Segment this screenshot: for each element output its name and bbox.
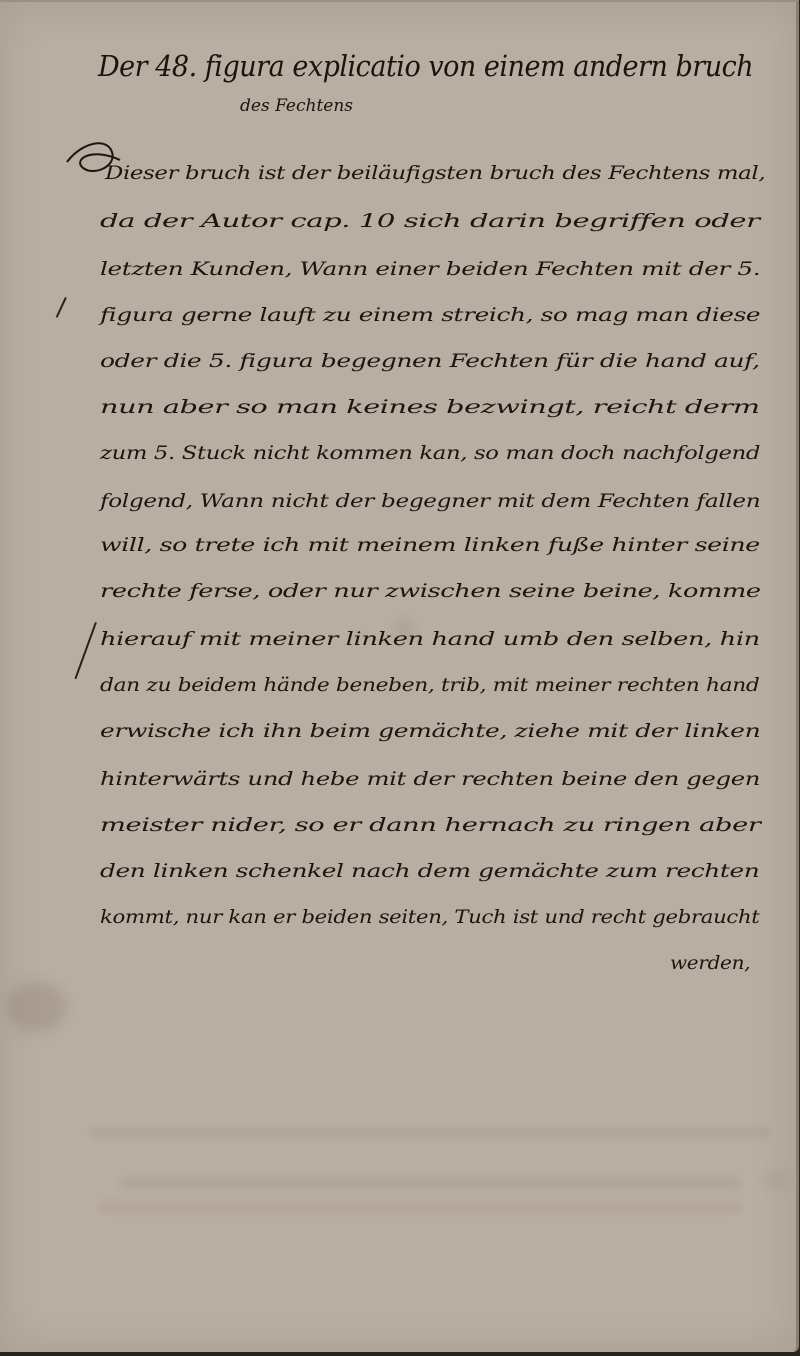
manuscript-line: will, so trete ich mit meinem linken fuß… — [100, 534, 760, 556]
bleed-through-mark — [120, 1178, 740, 1188]
manuscript-line: zum 5. Stuck nicht kommen kan, so man do… — [100, 442, 760, 464]
page-heading: Der 48. figura explicatio von einem ande… — [98, 50, 753, 83]
margin-mark — [74, 622, 96, 679]
bleed-through-mark — [100, 1202, 740, 1212]
manuscript-line: da der Autor cap. 10 sich darin begriffe… — [100, 210, 760, 232]
manuscript-line: den linken schenkel nach dem gemächte zu… — [100, 860, 759, 882]
paper-stain — [770, 1172, 782, 1188]
manuscript-line: meister nider, so er dann hernach zu rin… — [100, 814, 760, 836]
manuscript-page: Der 48. figura explicatio von einem ande… — [0, 0, 799, 1352]
manuscript-line: kommt, nur kan er beiden seiten, Tuch is… — [100, 906, 759, 928]
paper-stain — [6, 982, 66, 1032]
manuscript-line: oder die 5. figura begegnen Fechten für … — [100, 350, 760, 372]
manuscript-line: hinterwärts und hebe mit der rechten bei… — [100, 768, 760, 790]
manuscript-line: werden, — [670, 952, 750, 974]
manuscript-line: rechte ferse, oder nur zwischen seine be… — [100, 580, 761, 602]
page-subheading: des Fechtens — [240, 96, 353, 116]
manuscript-line: letzten Kunden, Wann einer beiden Fechte… — [100, 258, 760, 280]
manuscript-line: hierauf mit meiner linken hand umb den s… — [100, 628, 760, 650]
manuscript-line: figura gerne lauft zu einem streich, so … — [100, 304, 760, 326]
manuscript-line: Dieser bruch ist der beiläufigsten bruch… — [105, 162, 765, 184]
manuscript-line: folgend, Wann nicht der begegner mit dem… — [100, 490, 760, 512]
manuscript-line: erwische ich ihn beim gemächte, ziehe mi… — [100, 720, 760, 742]
bleed-through-mark — [90, 1128, 770, 1138]
manuscript-line: nun aber so man keines bezwingt, reicht … — [100, 396, 760, 418]
margin-mark — [56, 297, 67, 318]
manuscript-line: dan zu beidem hände beneben, trib, mit m… — [100, 674, 759, 696]
